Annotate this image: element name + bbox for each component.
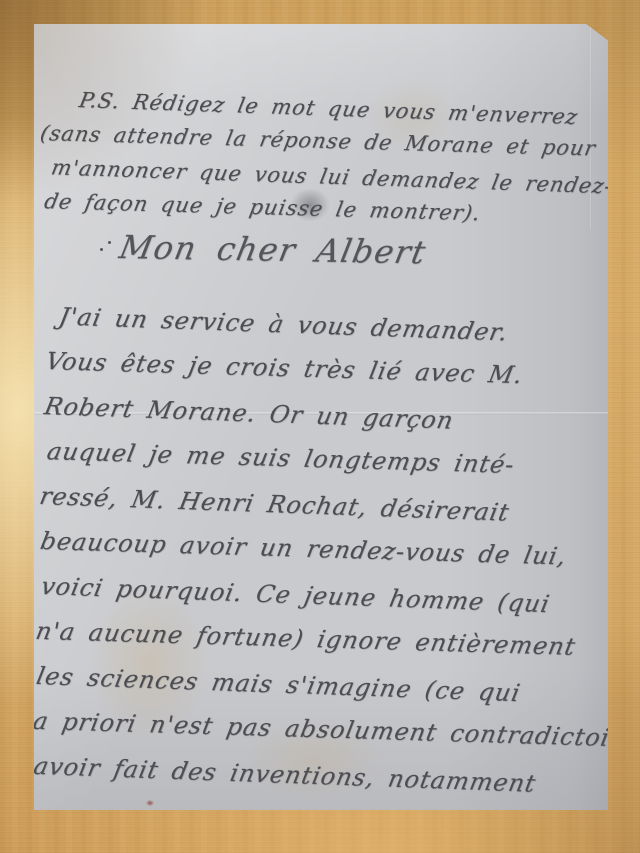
letter-paper: P.S. Rédigez le mot que vous m'enverrez … bbox=[34, 24, 608, 810]
salutation: Mon cher Albert bbox=[116, 228, 430, 271]
postscript-block: P.S. Rédigez le mot que vous m'enverrez … bbox=[38, 82, 602, 234]
photo-of-letter: { "scene": { "type": "photograph", "subj… bbox=[0, 0, 640, 853]
red-ink-speck bbox=[146, 800, 154, 806]
letter-body-block: J'ai un service à vous demander. Vous êt… bbox=[34, 294, 606, 805]
stray-ink-dots bbox=[100, 248, 103, 251]
